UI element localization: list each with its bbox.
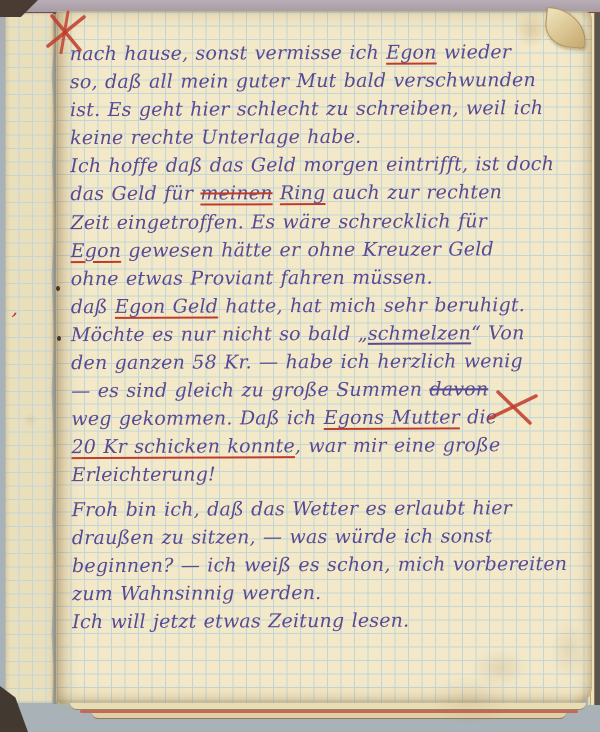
- handwriting-line: Froh bin ich, daß das Wetter es erlaubt …: [72, 493, 588, 523]
- handwriting-line: nach hause, sonst vermisse ich Egon wied…: [70, 38, 586, 68]
- handwriting-line: Zeit eingetroffen. Es wäre schrecklich f…: [70, 206, 586, 236]
- handwriting-line: so, daß all mein guter Mut bald verschwu…: [70, 66, 586, 96]
- handwriting-line: draußen zu sitzen, — was würde ich sonst: [72, 521, 588, 551]
- notebook-page: nach hause, sonst vermisse ich Egon wied…: [56, 11, 592, 705]
- handwriting-line: beginnen? — ich weiß es schon, mich vorb…: [72, 550, 588, 580]
- handwriting-line: den ganzen 58 Kr. — habe ich herzlich we…: [71, 347, 587, 377]
- torn-page-stub: [5, 13, 55, 703]
- handwriting-line: — es sind gleich zu große Summen davon: [71, 375, 587, 405]
- handwriting-line: Ich hoffe daß das Geld morgen eintrifft,…: [70, 150, 586, 180]
- handwriting-line: das Geld für meinen Ring auch zur rechte…: [70, 178, 586, 208]
- handwriting-line: Möchte es nur nicht so bald „schmelzen“ …: [71, 319, 587, 349]
- handwriting-line: keine rechte Unterlage habe.: [70, 122, 586, 152]
- handwriting-line: daß Egon Geld hatte, hat mich sehr beruh…: [71, 291, 587, 321]
- handwriting-line: Erleichterung!: [72, 459, 588, 489]
- handwriting-line: ohne etwas Proviant fahren müssen.: [71, 263, 587, 293]
- handwriting-line: ist. Es geht hier schlecht zu schreiben,…: [70, 94, 586, 124]
- handwriting-line: weg gekommen. Daß ich Egons Mutter die: [71, 403, 587, 433]
- handwriting-line: Egon gewesen hätte er ohne Kreuzer Geld: [71, 235, 587, 265]
- page-stack-edge: [70, 703, 586, 710]
- diary-page-scan: nach hause, sonst vermisse ich Egon wied…: [0, 0, 600, 732]
- handwriting-line: zum Wahnsinnig werden.: [72, 578, 588, 608]
- handwriting-line: Ich will jetzt etwas Zeitung lesen.: [72, 606, 588, 636]
- diary-text: nach hause, sonst vermisse ich Egon wied…: [70, 38, 589, 636]
- ink-speck: [56, 286, 60, 291]
- ink-speck: [57, 336, 61, 341]
- handwriting-line: 20 Kr schicken konnte, war mir eine groß…: [71, 431, 587, 461]
- page-stack-edge: [92, 713, 566, 719]
